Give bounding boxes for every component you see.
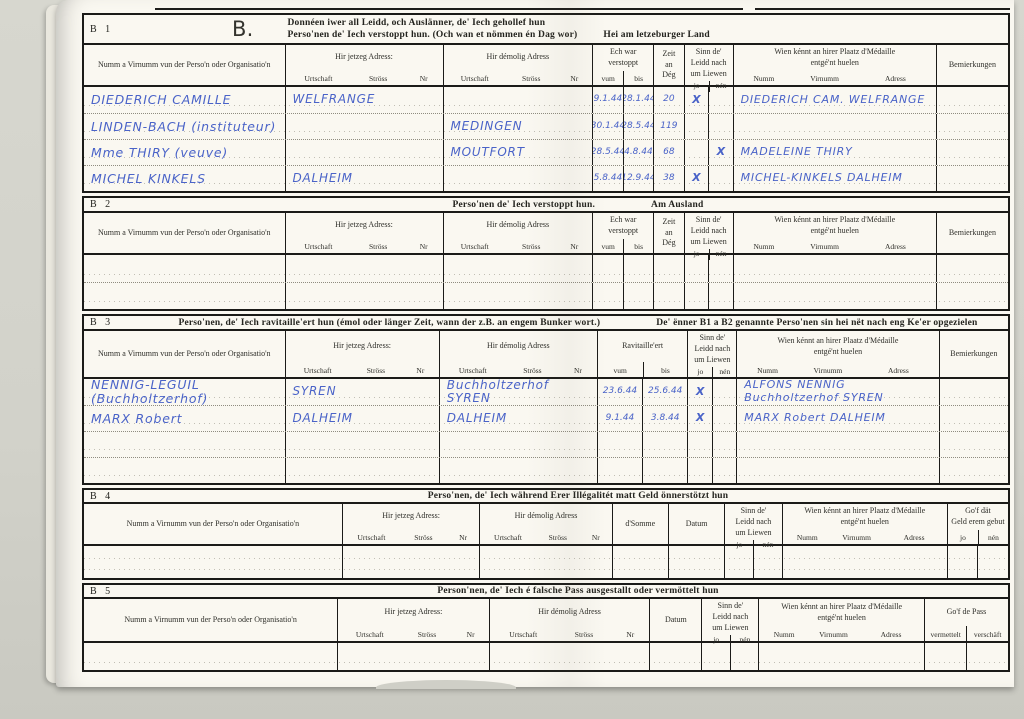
column-liewen: Sinn de' Leidd nach um Liewenjonén bbox=[687, 331, 736, 377]
column-headers: Numm a Virnumm vun der Perso'n oder Orga… bbox=[84, 213, 1008, 255]
column-sublabel-strss: Ströss bbox=[350, 362, 402, 377]
column-sublabel-numm: Numm bbox=[783, 530, 832, 544]
column-bemierkungen: Bemierkungen bbox=[939, 331, 1008, 377]
cell-demolig-adress bbox=[443, 87, 593, 113]
cell-liewen-nn bbox=[712, 406, 736, 431]
column-medaille: Wien kénnt an hirer Plaatz d'Médaille en… bbox=[758, 599, 923, 641]
column-numm: Numm a Virnumm vun der Perso'n oder Orga… bbox=[84, 599, 337, 641]
column-sublabel-strss: Ströss bbox=[506, 362, 559, 377]
table-row: DIEDERICH CAMILLEWELFRANGE9.1.4428.1.442… bbox=[84, 87, 1008, 113]
handwritten-entry: MADELEINE THIRY bbox=[734, 146, 853, 159]
cell-demolig-adress bbox=[479, 546, 611, 578]
handwritten-entry: 4.8.44 bbox=[624, 148, 653, 158]
section-id: B 4 bbox=[90, 491, 154, 502]
section-id: B 5 bbox=[90, 586, 154, 597]
title-text-2: De' ënner B1 a B2 genannte Perso'nen sin… bbox=[656, 318, 977, 328]
column-medaille: Wien kénnt an hirer Plaatz d'Médaille en… bbox=[733, 213, 936, 253]
column-label: Hir jetzeg Adress: bbox=[338, 599, 489, 626]
column-label: Numm a Virnumm vun der Perso'n oder Orga… bbox=[84, 331, 285, 377]
cell-bemierkungen bbox=[936, 166, 1008, 191]
column-label: Sinn de' Leidd nach um Liewen bbox=[685, 213, 733, 249]
cell-verstoppt-vum: 5.8.44 bbox=[592, 166, 622, 191]
column-sublabel-strss: Ströss bbox=[506, 238, 557, 253]
handwritten-entry: DIEDERICH CAM. WELFRANGE bbox=[734, 94, 925, 107]
section-b3: B 3Perso'nen, de' Iech ravitaille'ert hu… bbox=[82, 314, 1010, 485]
cell-medaille bbox=[733, 283, 936, 309]
cell-jetzeg-adress bbox=[285, 432, 439, 457]
column-sublabel-urtschaft: Urtschaft bbox=[490, 626, 557, 641]
column-bemierkungen: Bemierkungen bbox=[936, 213, 1008, 253]
column-medaille: Wien kénnt an hirer Plaatz d'Médaille en… bbox=[782, 504, 947, 544]
cell-medaille: MADELEINE THIRY bbox=[733, 140, 936, 165]
column-sublabel-virnumm: Virnumm bbox=[794, 239, 855, 253]
column-sublabel-adress: Adress bbox=[855, 239, 936, 253]
cell-liewen-jo: X bbox=[684, 166, 708, 191]
cell-verstoppt-vum bbox=[592, 283, 622, 309]
column-label: Go'f de Pass bbox=[925, 599, 1008, 626]
cell-zeit bbox=[653, 283, 683, 309]
handwritten-entry: 23.6.44 bbox=[603, 387, 637, 397]
column-sublabel-numm: Numm bbox=[737, 362, 797, 377]
cell-jetzeg-adress bbox=[285, 255, 443, 282]
cell-verstoppt-bis: 4.8.44 bbox=[623, 140, 653, 165]
column-label: Sinn de' Leidd nach um Liewen bbox=[685, 45, 733, 81]
column-sublabel-nr: Nr bbox=[580, 529, 611, 544]
cell-liewen-jo bbox=[684, 255, 708, 282]
cell-verstoppt-vum: 30.1.44 bbox=[592, 114, 622, 139]
column-label: Ech war verstoppt bbox=[593, 213, 653, 239]
column-label: Hir démolig Adress bbox=[440, 331, 597, 362]
column-sublabel-nr: Nr bbox=[405, 238, 443, 253]
section-header: B 3Perso'nen, de' Iech ravitaille'ert hu… bbox=[84, 316, 1008, 331]
column-label: Bemierkungen bbox=[937, 213, 1008, 253]
handwritten-entry: MICHEL KINKELS bbox=[84, 172, 206, 186]
handwritten-entry: 5.8.44 bbox=[594, 174, 623, 184]
cell-liewen-jo bbox=[684, 283, 708, 309]
column-sublabel-vum: vum bbox=[593, 71, 623, 85]
handwritten-entry: 9.1.44 bbox=[594, 95, 623, 105]
cell-numm bbox=[84, 283, 285, 309]
column-label: Datum bbox=[650, 599, 701, 641]
handwritten-entry: 28.5.44 bbox=[592, 148, 622, 158]
cell-medaille bbox=[733, 255, 936, 282]
column-sublabel-numm: Numm bbox=[734, 239, 795, 253]
column-numm: Numm a Virnumm vun der Perso'n oder Orga… bbox=[84, 331, 285, 377]
column-sublabel-strss: Ströss bbox=[400, 529, 446, 544]
column-sublabel-virnumm: Virnumm bbox=[794, 71, 855, 85]
cell-bemierkungen bbox=[939, 406, 1008, 431]
section-header: B 5Person'nen, de' Iech é falsche Pass a… bbox=[84, 585, 1008, 599]
scanned-page: B 1B.Donnéen iwer all Leidd, och Auslänn… bbox=[56, 0, 1014, 687]
section-header: B 4Perso'nen, de' Iech während Erer Illé… bbox=[84, 490, 1008, 504]
handwritten-entry: NENNIG-LEGUIL (Buchholtzerhof) bbox=[84, 379, 285, 405]
column-label: Bemierkungen bbox=[937, 45, 1008, 85]
cell-numm bbox=[84, 432, 285, 457]
section-b1: B 1B.Donnéen iwer all Leidd, och Auslänn… bbox=[82, 13, 1010, 193]
handwritten-entry: 12.9.44 bbox=[623, 174, 653, 184]
handwritten-entry: 38 bbox=[663, 174, 674, 184]
column-label: Sinn de' Leidd nach um Liewen bbox=[702, 599, 758, 635]
section-letter-b: B. bbox=[232, 17, 253, 41]
cell-medaille bbox=[733, 114, 936, 139]
column-sublabel-adress: Adress bbox=[881, 530, 947, 544]
column-liewen: Sinn de' Leidd nach um Liewenjonén bbox=[701, 599, 758, 641]
cell-ravitailleert-bis bbox=[642, 432, 687, 457]
cell-liewen-nn bbox=[708, 114, 732, 139]
column-gof-pass: Go'f de Passvermetteltverschäft bbox=[924, 599, 1008, 641]
column-label: Hir démolig Adress bbox=[480, 504, 611, 529]
column-sublabel-vum: vum bbox=[598, 362, 643, 377]
column-sublabel-numm: Numm bbox=[759, 626, 808, 641]
column-label: Sinn de' Leidd nach um Liewen bbox=[725, 504, 781, 540]
title-text: Person'nen, de' Iech é falsche Pass ausg… bbox=[437, 586, 718, 596]
cell-demolig-adress bbox=[443, 283, 593, 309]
column-verstoppt: Ech war verstopptvumbis bbox=[592, 45, 653, 85]
column-sublabel-strss: Ströss bbox=[351, 70, 404, 85]
handwritten-entry: 3.8.44 bbox=[651, 414, 680, 424]
column-sublabel-nr: Nr bbox=[453, 626, 489, 641]
column-demolig-adress: Hir démolig AdressUrtschaftStrössNr bbox=[479, 504, 611, 544]
cell-gof-pass-vermettelt bbox=[924, 643, 966, 670]
column-sublabel-bis: bis bbox=[623, 239, 653, 253]
cell-gof-pass-verschft bbox=[966, 643, 1008, 670]
handwritten-entry: WELFRANGE bbox=[286, 93, 376, 106]
column-sublabel-urtschaft: Urtschaft bbox=[444, 70, 506, 85]
column-demolig-adress: Hir démolig AdressUrtschaftStrössNr bbox=[443, 45, 593, 85]
table-row bbox=[84, 282, 1008, 309]
cell-verstoppt-vum: 9.1.44 bbox=[592, 87, 622, 113]
cell-numm: DIEDERICH CAMILLE bbox=[84, 87, 285, 113]
cell-numm bbox=[84, 458, 285, 483]
cell-demolig-adress: MEDINGEN bbox=[443, 114, 593, 139]
cell-liewen-jo bbox=[687, 458, 711, 483]
column-sublabel-nr: Nr bbox=[611, 626, 649, 641]
column-label: Wien kénnt an hirer Plaatz d'Médaille en… bbox=[737, 331, 938, 362]
section-title: Person'nen, de' Iech é falsche Pass ausg… bbox=[154, 586, 1002, 596]
table-row: Mme THIRY (veuve)MOUTFORT28.5.444.8.4468… bbox=[84, 139, 1008, 165]
cell-ravitailleert-vum: 9.1.44 bbox=[597, 406, 642, 431]
column-sublabel-urtschaft: Urtschaft bbox=[444, 238, 506, 253]
column-ravitailleert: Ravitaille'ertvumbis bbox=[597, 331, 688, 377]
cell-verstoppt-vum: 28.5.44 bbox=[592, 140, 622, 165]
cell-verstoppt-bis: 28.5.44 bbox=[623, 114, 653, 139]
cell-liewen-jo: X bbox=[684, 87, 708, 113]
handwritten-entry: MARX Robert bbox=[84, 412, 182, 426]
column-headers: Numm a Virnumm vun der Perso'n oder Orga… bbox=[84, 45, 1008, 87]
column-gof-geld: Go'f dät Geld erem gebutjonén bbox=[947, 504, 1008, 544]
cell-liewen-nn bbox=[712, 432, 736, 457]
column-label: Hir jetzeg Adress: bbox=[286, 331, 439, 362]
cell-gof-geld-nn bbox=[977, 546, 1007, 578]
title-text: Perso'nen, de' Iech während Erer Illégal… bbox=[428, 491, 729, 501]
column-headers: Numm a Virnumm vun der Perso'n oder Orga… bbox=[84, 599, 1008, 643]
handwritten-entry: DALHEIM bbox=[440, 412, 507, 425]
table-row: MICHEL KINKELSDALHEIM5.8.4412.9.4438XMIC… bbox=[84, 165, 1008, 191]
column-sublabel-virnumm: Virnumm bbox=[798, 362, 858, 377]
cell-bemierkungen bbox=[939, 432, 1008, 457]
column-sublabel-nr: Nr bbox=[402, 362, 439, 377]
cell-numm bbox=[84, 643, 337, 670]
cell-zeit: 38 bbox=[653, 166, 683, 191]
table-row bbox=[84, 431, 1008, 457]
title-text-2: Am Ausland bbox=[651, 200, 703, 210]
column-jetzeg-adress: Hir jetzeg Adress:UrtschaftStrössNr bbox=[337, 599, 489, 641]
handwritten-entry: MARX Robert DALHEIM bbox=[737, 412, 885, 425]
cell-jetzeg-adress bbox=[285, 458, 439, 483]
column-label: Go'f dät Geld erem gebut bbox=[948, 504, 1008, 530]
cell-verstoppt-vum bbox=[592, 255, 622, 282]
column-demolig-adress: Hir démolig AdressUrtschaftStrössNr bbox=[439, 331, 597, 377]
cell-demolig-adress bbox=[443, 166, 593, 191]
column-label: Hir démolig Adress bbox=[490, 599, 650, 626]
column-sublabel-vum: vum bbox=[593, 239, 623, 253]
column-sublabel-nr: Nr bbox=[405, 70, 443, 85]
section-b2: B 2Perso'nen de' Iech verstoppt hun.Am A… bbox=[82, 196, 1010, 311]
cell-gof-geld-jo bbox=[947, 546, 977, 578]
column-sublabel-urtschaft: Urtschaft bbox=[338, 626, 401, 641]
cell-jetzeg-adress bbox=[337, 643, 489, 670]
cell-jetzeg-adress: DALHEIM bbox=[285, 406, 439, 431]
cell-jetzeg-adress: WELFRANGE bbox=[285, 87, 443, 113]
cell-bemierkungen bbox=[936, 283, 1008, 309]
cell-medaille: ALFONS NENNIG Buchholtzerhof SYREN bbox=[736, 379, 938, 405]
column-label: Wien kénnt an hirer Plaatz d'Médaille en… bbox=[783, 504, 947, 530]
column-sublabel-bis: bis bbox=[623, 71, 653, 85]
column-sublabel-adress: Adress bbox=[855, 71, 936, 85]
cell-medaille: MARX Robert DALHEIM bbox=[736, 406, 938, 431]
column-label: Numm a Virnumm vun der Perso'n oder Orga… bbox=[84, 599, 337, 641]
handwritten-entry: 28.5.44 bbox=[623, 122, 653, 132]
column-sublabel-adress: Adress bbox=[858, 362, 939, 377]
cell-medaille bbox=[758, 643, 923, 670]
table-row: LINDEN-BACH (instituteur)MEDINGEN30.1.44… bbox=[84, 113, 1008, 139]
cell-demolig-adress bbox=[439, 432, 597, 457]
column-sublabel-urtschaft: Urtschaft bbox=[343, 529, 400, 544]
column-sublabel-nr: Nr bbox=[556, 238, 592, 253]
handwritten-entry: DALHEIM bbox=[286, 412, 353, 425]
handwritten-entry: ALFONS NENNIG Buchholtzerhof SYREN bbox=[737, 379, 883, 404]
cell-bemierkungen bbox=[936, 87, 1008, 113]
cell-liewen-jo bbox=[687, 432, 711, 457]
column-label: Wien kénnt an hirer Plaatz d'Médaille en… bbox=[734, 45, 936, 71]
column-label: Zeit an Dég bbox=[654, 213, 683, 253]
cell-ravitailleert-vum: 23.6.44 bbox=[597, 379, 642, 405]
section-id: B 2 bbox=[90, 199, 154, 210]
table-row bbox=[84, 457, 1008, 483]
column-verstoppt: Ech war verstopptvumbis bbox=[592, 213, 653, 253]
section-title: Perso'nen, de' Iech ravitaille'ert hun (… bbox=[154, 318, 1002, 328]
column-sublabel-jo: jo bbox=[688, 367, 712, 378]
cell-ravitailleert-bis: 25.6.44 bbox=[642, 379, 687, 405]
column-label: Wien kénnt an hirer Plaatz d'Médaille en… bbox=[734, 213, 936, 239]
cell-numm: MARX Robert bbox=[84, 406, 285, 431]
cell-bemierkungen bbox=[936, 114, 1008, 139]
column-sublabel-urtschaft: Urtschaft bbox=[286, 362, 350, 377]
column-label: Wien kénnt an hirer Plaatz d'Médaille en… bbox=[759, 599, 923, 626]
handwritten-entry: 119 bbox=[660, 122, 677, 132]
cell-medaille bbox=[736, 458, 938, 483]
cell-liewen-nn bbox=[712, 379, 736, 405]
cell-demolig-adress bbox=[489, 643, 650, 670]
column-numm: Numm a Virnumm vun der Perso'n oder Orga… bbox=[84, 213, 285, 253]
handwritten-entry: 28.1.44 bbox=[623, 95, 653, 105]
column-sublabel-verschft: verschäft bbox=[966, 626, 1008, 641]
cell-somme bbox=[612, 546, 668, 578]
cell-liewen-nn bbox=[708, 283, 732, 309]
title-text: Perso'nen de' Iech verstoppt hun. bbox=[453, 200, 596, 210]
form-b-sections: B 1B.Donnéen iwer all Leidd, och Auslänn… bbox=[82, 13, 1010, 675]
handwritten-entry: MOUTFORT bbox=[444, 146, 525, 159]
column-sublabel-strss: Ströss bbox=[506, 70, 557, 85]
page-bottom-notch bbox=[376, 680, 516, 689]
column-bemierkungen: Bemierkungen bbox=[936, 45, 1008, 85]
column-label: Ech war verstoppt bbox=[593, 45, 653, 71]
cell-ravitailleert-vum bbox=[597, 432, 642, 457]
cell-liewen-jo bbox=[684, 114, 708, 139]
column-sublabel-urtschaft: Urtschaft bbox=[480, 529, 535, 544]
cell-liewen-nn: X bbox=[708, 140, 732, 165]
cell-ravitailleert-bis bbox=[642, 458, 687, 483]
column-sublabel-urtschaft: Urtschaft bbox=[440, 362, 506, 377]
cell-medaille: DIEDERICH CAM. WELFRANGE bbox=[733, 87, 936, 113]
column-sublabel-nn: nén bbox=[978, 530, 1008, 544]
cell-numm: Mme THIRY (veuve) bbox=[84, 140, 285, 165]
cell-numm: NENNIG-LEGUIL (Buchholtzerhof) bbox=[84, 379, 285, 405]
column-sublabel-nn: nén bbox=[712, 367, 736, 378]
section-id: B 3 bbox=[90, 317, 154, 328]
column-sublabel-jo: jo bbox=[948, 530, 978, 544]
handwritten-entry: 30.1.44 bbox=[592, 122, 622, 132]
cell-verstoppt-bis bbox=[623, 283, 653, 309]
column-label: Ravitaille'ert bbox=[598, 331, 688, 362]
column-datum: Datum bbox=[668, 504, 724, 544]
handwritten-entry: MICHEL-KINKELS DALHEIM bbox=[734, 172, 903, 185]
section-header: B 2Perso'nen de' Iech verstoppt hun.Am A… bbox=[84, 198, 1008, 213]
column-medaille: Wien kénnt an hirer Plaatz d'Médaille en… bbox=[736, 331, 938, 377]
column-zeit: Zeit an Dég bbox=[653, 45, 683, 85]
cell-jetzeg-adress: DALHEIM bbox=[285, 166, 443, 191]
cell-demolig-adress: Buchholtzerhof SYREN bbox=[439, 379, 597, 405]
cell-liewen-nn bbox=[708, 255, 732, 282]
column-headers: Numm a Virnumm vun der Perso'n oder Orga… bbox=[84, 504, 1008, 546]
section-id: B 1 bbox=[90, 24, 154, 35]
column-liewen: Sinn de' Leidd nach um Liewenjonén bbox=[724, 504, 781, 544]
cell-liewen-jo bbox=[724, 546, 753, 578]
column-zeit: Zeit an Dég bbox=[653, 213, 683, 253]
column-sublabel-virnumm: Virnumm bbox=[809, 626, 858, 641]
cell-jetzeg-adress bbox=[342, 546, 480, 578]
handwritten-entry: X bbox=[692, 172, 700, 184]
column-sublabel-strss: Ströss bbox=[401, 626, 452, 641]
cell-bemierkungen bbox=[939, 458, 1008, 483]
column-somme: d'Somme bbox=[612, 504, 668, 544]
column-jetzeg-adress: Hir jetzeg Adress:UrtschaftStrössNr bbox=[342, 504, 480, 544]
title-text: Perso'nen, de' Iech ravitaille'ert hun (… bbox=[178, 318, 600, 328]
column-label: Numm a Virnumm vun der Perso'n oder Orga… bbox=[84, 504, 342, 544]
handwritten-entry: X bbox=[696, 412, 704, 424]
column-liewen: Sinn de' Leidd nach um Liewenjonén bbox=[684, 45, 733, 85]
handwritten-entry: X bbox=[692, 94, 700, 106]
cell-jetzeg-adress: SYREN bbox=[285, 379, 439, 405]
column-medaille: Wien kénnt an hirer Plaatz d'Médaille en… bbox=[733, 45, 936, 85]
cell-datum bbox=[668, 546, 724, 578]
cell-jetzeg-adress bbox=[285, 283, 443, 309]
cell-jetzeg-adress bbox=[285, 140, 443, 165]
title-line-2: Perso'nen de' Iech verstoppt hun. (Och w… bbox=[287, 30, 577, 40]
cell-liewen-jo bbox=[684, 140, 708, 165]
cell-verstoppt-bis: 28.1.44 bbox=[623, 87, 653, 113]
cell-numm: MICHEL KINKELS bbox=[84, 166, 285, 191]
handwritten-entry: Buchholtzerhof SYREN bbox=[440, 379, 597, 405]
cell-ravitailleert-bis: 3.8.44 bbox=[642, 406, 687, 431]
title-line-1: Donnéen iwer all Leidd, och Auslänner, d… bbox=[287, 17, 709, 29]
handwritten-entry: MEDINGEN bbox=[444, 120, 523, 133]
handwritten-entry: 68 bbox=[663, 148, 674, 158]
cell-zeit: 119 bbox=[653, 114, 683, 139]
cell-bemierkungen bbox=[936, 140, 1008, 165]
cell-demolig-adress: MOUTFORT bbox=[443, 140, 593, 165]
handwritten-entry: LINDEN-BACH (instituteur) bbox=[84, 120, 276, 134]
column-sublabel-numm: Numm bbox=[734, 71, 795, 85]
column-demolig-adress: Hir démolig AdressUrtschaftStrössNr bbox=[489, 599, 650, 641]
cell-ravitailleert-vum bbox=[597, 458, 642, 483]
table-row bbox=[84, 546, 1008, 578]
scan-background: B 1B.Donnéen iwer all Leidd, och Auslänn… bbox=[0, 0, 1024, 719]
title-bold-suffix: Hei am letzeburger Land bbox=[603, 30, 710, 40]
column-label: Hir jetzeg Adress: bbox=[343, 504, 480, 529]
cell-liewen-nn bbox=[753, 546, 782, 578]
cell-zeit: 68 bbox=[653, 140, 683, 165]
handwritten-entry: SYREN bbox=[286, 385, 337, 398]
cell-datum bbox=[649, 643, 701, 670]
handwritten-entry: X bbox=[696, 386, 704, 398]
column-jetzeg-adress: Hir jetzeg Adress:UrtschaftStrössNr bbox=[285, 331, 439, 377]
column-sublabel-strss: Ströss bbox=[557, 626, 611, 641]
page-top-crease-right bbox=[755, 8, 1010, 10]
table-row: NENNIG-LEGUIL (Buchholtzerhof)SYRENBuchh… bbox=[84, 379, 1008, 405]
column-numm: Numm a Virnumm vun der Perso'n oder Orga… bbox=[84, 45, 285, 85]
column-sublabel-nr: Nr bbox=[556, 70, 592, 85]
cell-demolig-adress bbox=[443, 255, 593, 282]
column-label: Hir jetzeg Adress: bbox=[286, 45, 443, 70]
column-jetzeg-adress: Hir jetzeg Adress:UrtschaftStrössNr bbox=[285, 45, 443, 85]
cell-zeit: 20 bbox=[653, 87, 683, 113]
cell-liewen-jo: X bbox=[687, 379, 711, 405]
cell-medaille: MICHEL-KINKELS DALHEIM bbox=[733, 166, 936, 191]
column-sublabel-strss: Ströss bbox=[351, 238, 404, 253]
cell-demolig-adress: DALHEIM bbox=[439, 406, 597, 431]
column-sublabel-nr: Nr bbox=[447, 529, 480, 544]
page-top-crease-left bbox=[155, 8, 743, 10]
section-title: Perso'nen, de' Iech während Erer Illégal… bbox=[154, 491, 1002, 501]
column-headers: Numm a Virnumm vun der Perso'n oder Orga… bbox=[84, 331, 1008, 379]
column-numm: Numm a Virnumm vun der Perso'n oder Orga… bbox=[84, 504, 342, 544]
column-demolig-adress: Hir démolig AdressUrtschaftStrössNr bbox=[443, 213, 593, 253]
cell-liewen-nn bbox=[708, 166, 732, 191]
column-label: Hir démolig Adress bbox=[444, 45, 593, 70]
column-sublabel-virnumm: Virnumm bbox=[832, 530, 881, 544]
handwritten-entry: 25.6.44 bbox=[648, 387, 682, 397]
cell-liewen-nn bbox=[730, 643, 759, 670]
table-row: MARX RobertDALHEIMDALHEIM9.1.443.8.44XMA… bbox=[84, 405, 1008, 431]
cell-numm bbox=[84, 255, 285, 282]
handwritten-entry: 9.1.44 bbox=[606, 414, 635, 424]
cell-medaille bbox=[782, 546, 947, 578]
column-label: Hir démolig Adress bbox=[444, 213, 593, 238]
column-sublabel-bis: bis bbox=[643, 362, 688, 377]
column-label: Datum bbox=[669, 504, 724, 544]
cell-demolig-adress bbox=[439, 458, 597, 483]
